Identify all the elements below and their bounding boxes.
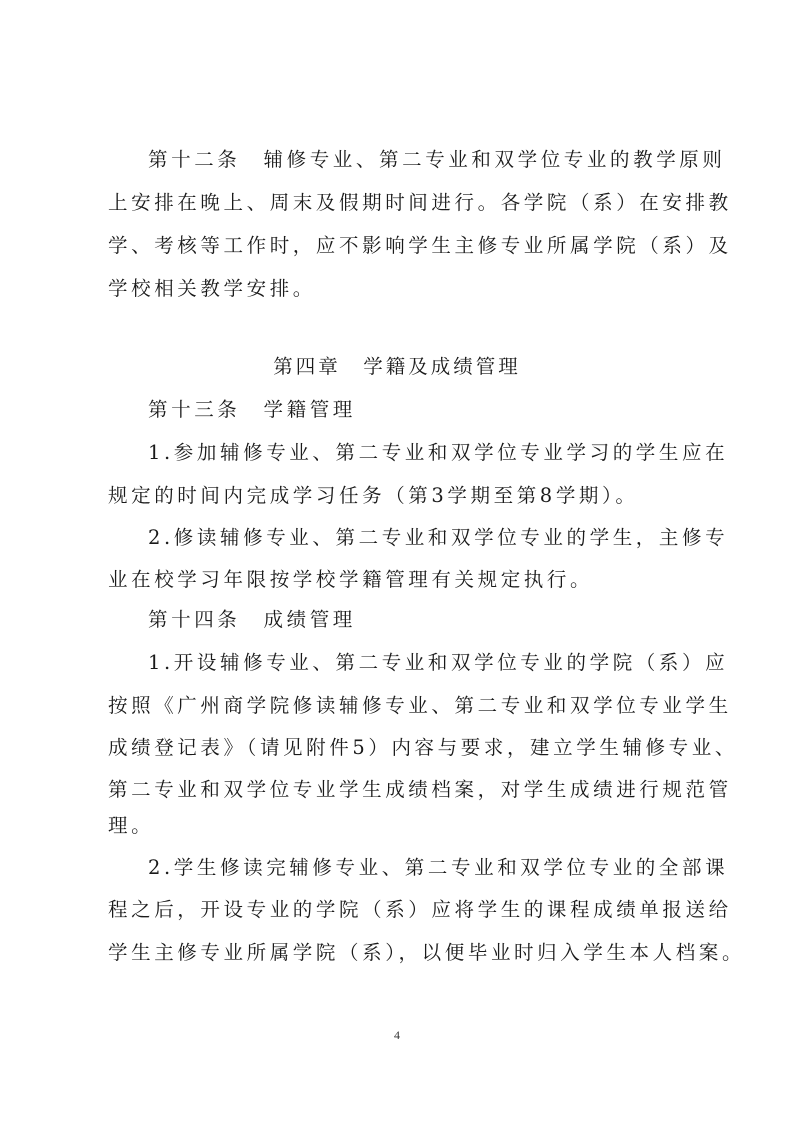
article-14-heading: 第十四条 成绩管理 xyxy=(148,608,690,632)
article-14-item-1-line-4: 第二专业和双学位专业学生成绩档案，对学生成绩进行规范管 xyxy=(108,778,690,802)
article-13-item-1-line-2: 规定的时间内完成学习任务（第3学期至第8学期）。 xyxy=(108,484,690,508)
article-14-item-2-line-1: 2.学生修读完辅修专业、第二专业和双学位专业的全部课 xyxy=(148,856,690,880)
article-13-heading: 第十三条 学籍管理 xyxy=(148,398,690,422)
article-12-line-2: 上安排在晚上、周末及假期时间进行。各学院（系）在安排教 xyxy=(108,191,690,215)
article-12-line-3: 学、考核等工作时，应不影响学生主修专业所属学院（系）及 xyxy=(108,234,690,258)
article-13-item-2-line-2: 业在校学习年限按学校学籍管理有关规定执行。 xyxy=(108,568,690,592)
article-14-item-2-line-2: 程之后，开设专业的学院（系）应将学生的课程成绩单报送给 xyxy=(108,898,690,922)
article-13-item-1-line-1: 1.参加辅修专业、第二专业和双学位专业学习的学生应在 xyxy=(148,441,690,465)
article-12-line-4: 学校相关教学安排。 xyxy=(108,277,690,301)
article-14-item-1-line-5: 理。 xyxy=(108,814,690,838)
article-14-item-1-line-1: 1.开设辅修专业、第二专业和双学位专业的学院（系）应 xyxy=(148,651,690,675)
page-number: 4 xyxy=(0,1028,794,1042)
chapter-title: 第四章 学籍及成绩管理 xyxy=(0,355,794,379)
article-12-line-1: 第十二条 辅修专业、第二专业和双学位专业的教学原则 xyxy=(148,148,690,172)
article-14-item-1-line-2: 按照《广州商学院修读辅修专业、第二专业和双学位专业学生 xyxy=(108,694,690,718)
article-14-item-1-line-3: 成绩登记表》（请见附件5）内容与要求，建立学生辅修专业、 xyxy=(108,736,690,760)
article-13-item-2-line-1: 2.修读辅修专业、第二专业和双学位专业的学生，主修专 xyxy=(148,526,690,550)
document-page: 第十二条 辅修专业、第二专业和双学位专业的教学原则 上安排在晚上、周末及假期时间… xyxy=(0,0,794,1123)
article-14-item-2-line-3: 学生主修专业所属学院（系），以便毕业时归入学生本人档案。 xyxy=(108,941,690,965)
